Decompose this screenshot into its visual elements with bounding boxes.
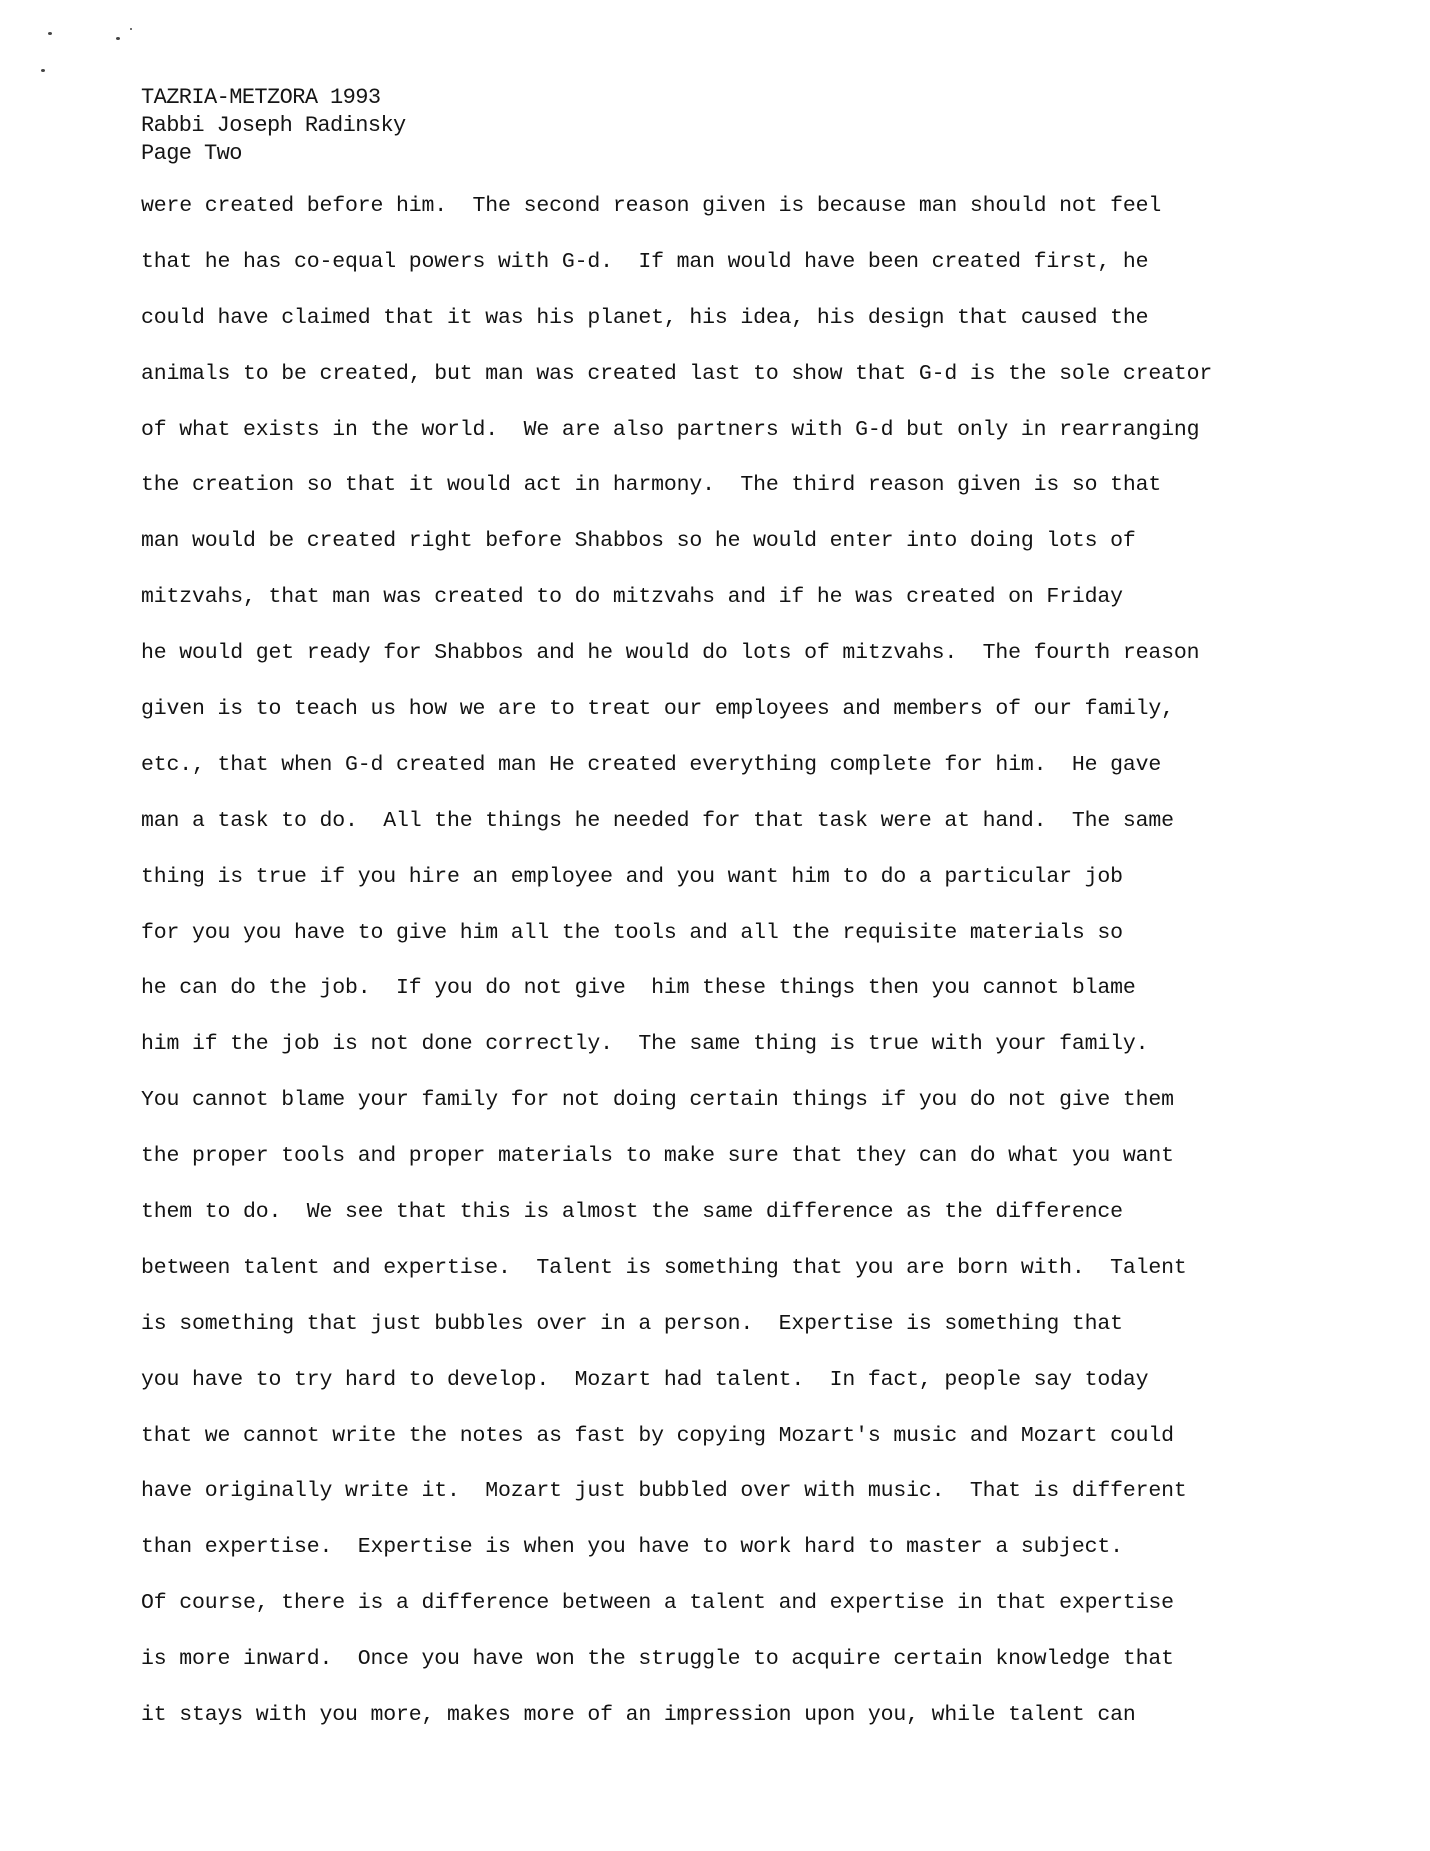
text-line: he would get ready for Shabbos and he wo… <box>141 638 1212 694</box>
text-line: etc., that when G-d created man He creat… <box>141 750 1212 806</box>
text-line: is more inward. Once you have won the st… <box>141 1644 1212 1700</box>
document-title: TAZRIA-METZORA 1993 <box>141 84 406 112</box>
text-line: Of course, there is a difference between… <box>141 1588 1212 1644</box>
text-line: is something that just bubbles over in a… <box>141 1309 1212 1365</box>
text-line: could have claimed that it was his plane… <box>141 303 1212 359</box>
text-line: mitzvahs, that man was created to do mit… <box>141 582 1212 638</box>
text-line: the proper tools and proper materials to… <box>141 1141 1212 1197</box>
text-line: he can do the job. If you do not give hi… <box>141 973 1212 1029</box>
text-line: man would be created right before Shabbo… <box>141 526 1212 582</box>
document-body: were created before him. The second reas… <box>141 191 1212 1756</box>
text-line: given is to teach us how we are to treat… <box>141 694 1212 750</box>
scan-speck <box>116 37 120 40</box>
text-line: have originally write it. Mozart just bu… <box>141 1476 1212 1532</box>
text-line: it stays with you more, makes more of an… <box>141 1700 1212 1756</box>
text-line: them to do. We see that this is almost t… <box>141 1197 1212 1253</box>
document-author: Rabbi Joseph Radinsky <box>141 112 406 140</box>
scan-speck <box>41 69 45 72</box>
scan-speck <box>130 28 132 30</box>
text-line: were created before him. The second reas… <box>141 191 1212 247</box>
text-line: that he has co-equal powers with G-d. If… <box>141 247 1212 303</box>
document-header: TAZRIA-METZORA 1993 Rabbi Joseph Radinsk… <box>141 84 406 168</box>
text-line: him if the job is not done correctly. Th… <box>141 1029 1212 1085</box>
text-line: you have to try hard to develop. Mozart … <box>141 1365 1212 1421</box>
scan-speck <box>48 32 52 35</box>
text-line: of what exists in the world. We are also… <box>141 415 1212 471</box>
text-line: than expertise. Expertise is when you ha… <box>141 1532 1212 1588</box>
document-page: TAZRIA-METZORA 1993 Rabbi Joseph Radinsk… <box>0 0 1430 1851</box>
text-line: the creation so that it would act in har… <box>141 470 1212 526</box>
text-line: thing is true if you hire an employee an… <box>141 862 1212 918</box>
page-label: Page Two <box>141 140 406 168</box>
text-line: that we cannot write the notes as fast b… <box>141 1421 1212 1477</box>
text-line: animals to be created, but man was creat… <box>141 359 1212 415</box>
text-line: You cannot blame your family for not doi… <box>141 1085 1212 1141</box>
text-line: man a task to do. All the things he need… <box>141 806 1212 862</box>
text-line: for you you have to give him all the too… <box>141 918 1212 974</box>
text-line: between talent and expertise. Talent is … <box>141 1253 1212 1309</box>
